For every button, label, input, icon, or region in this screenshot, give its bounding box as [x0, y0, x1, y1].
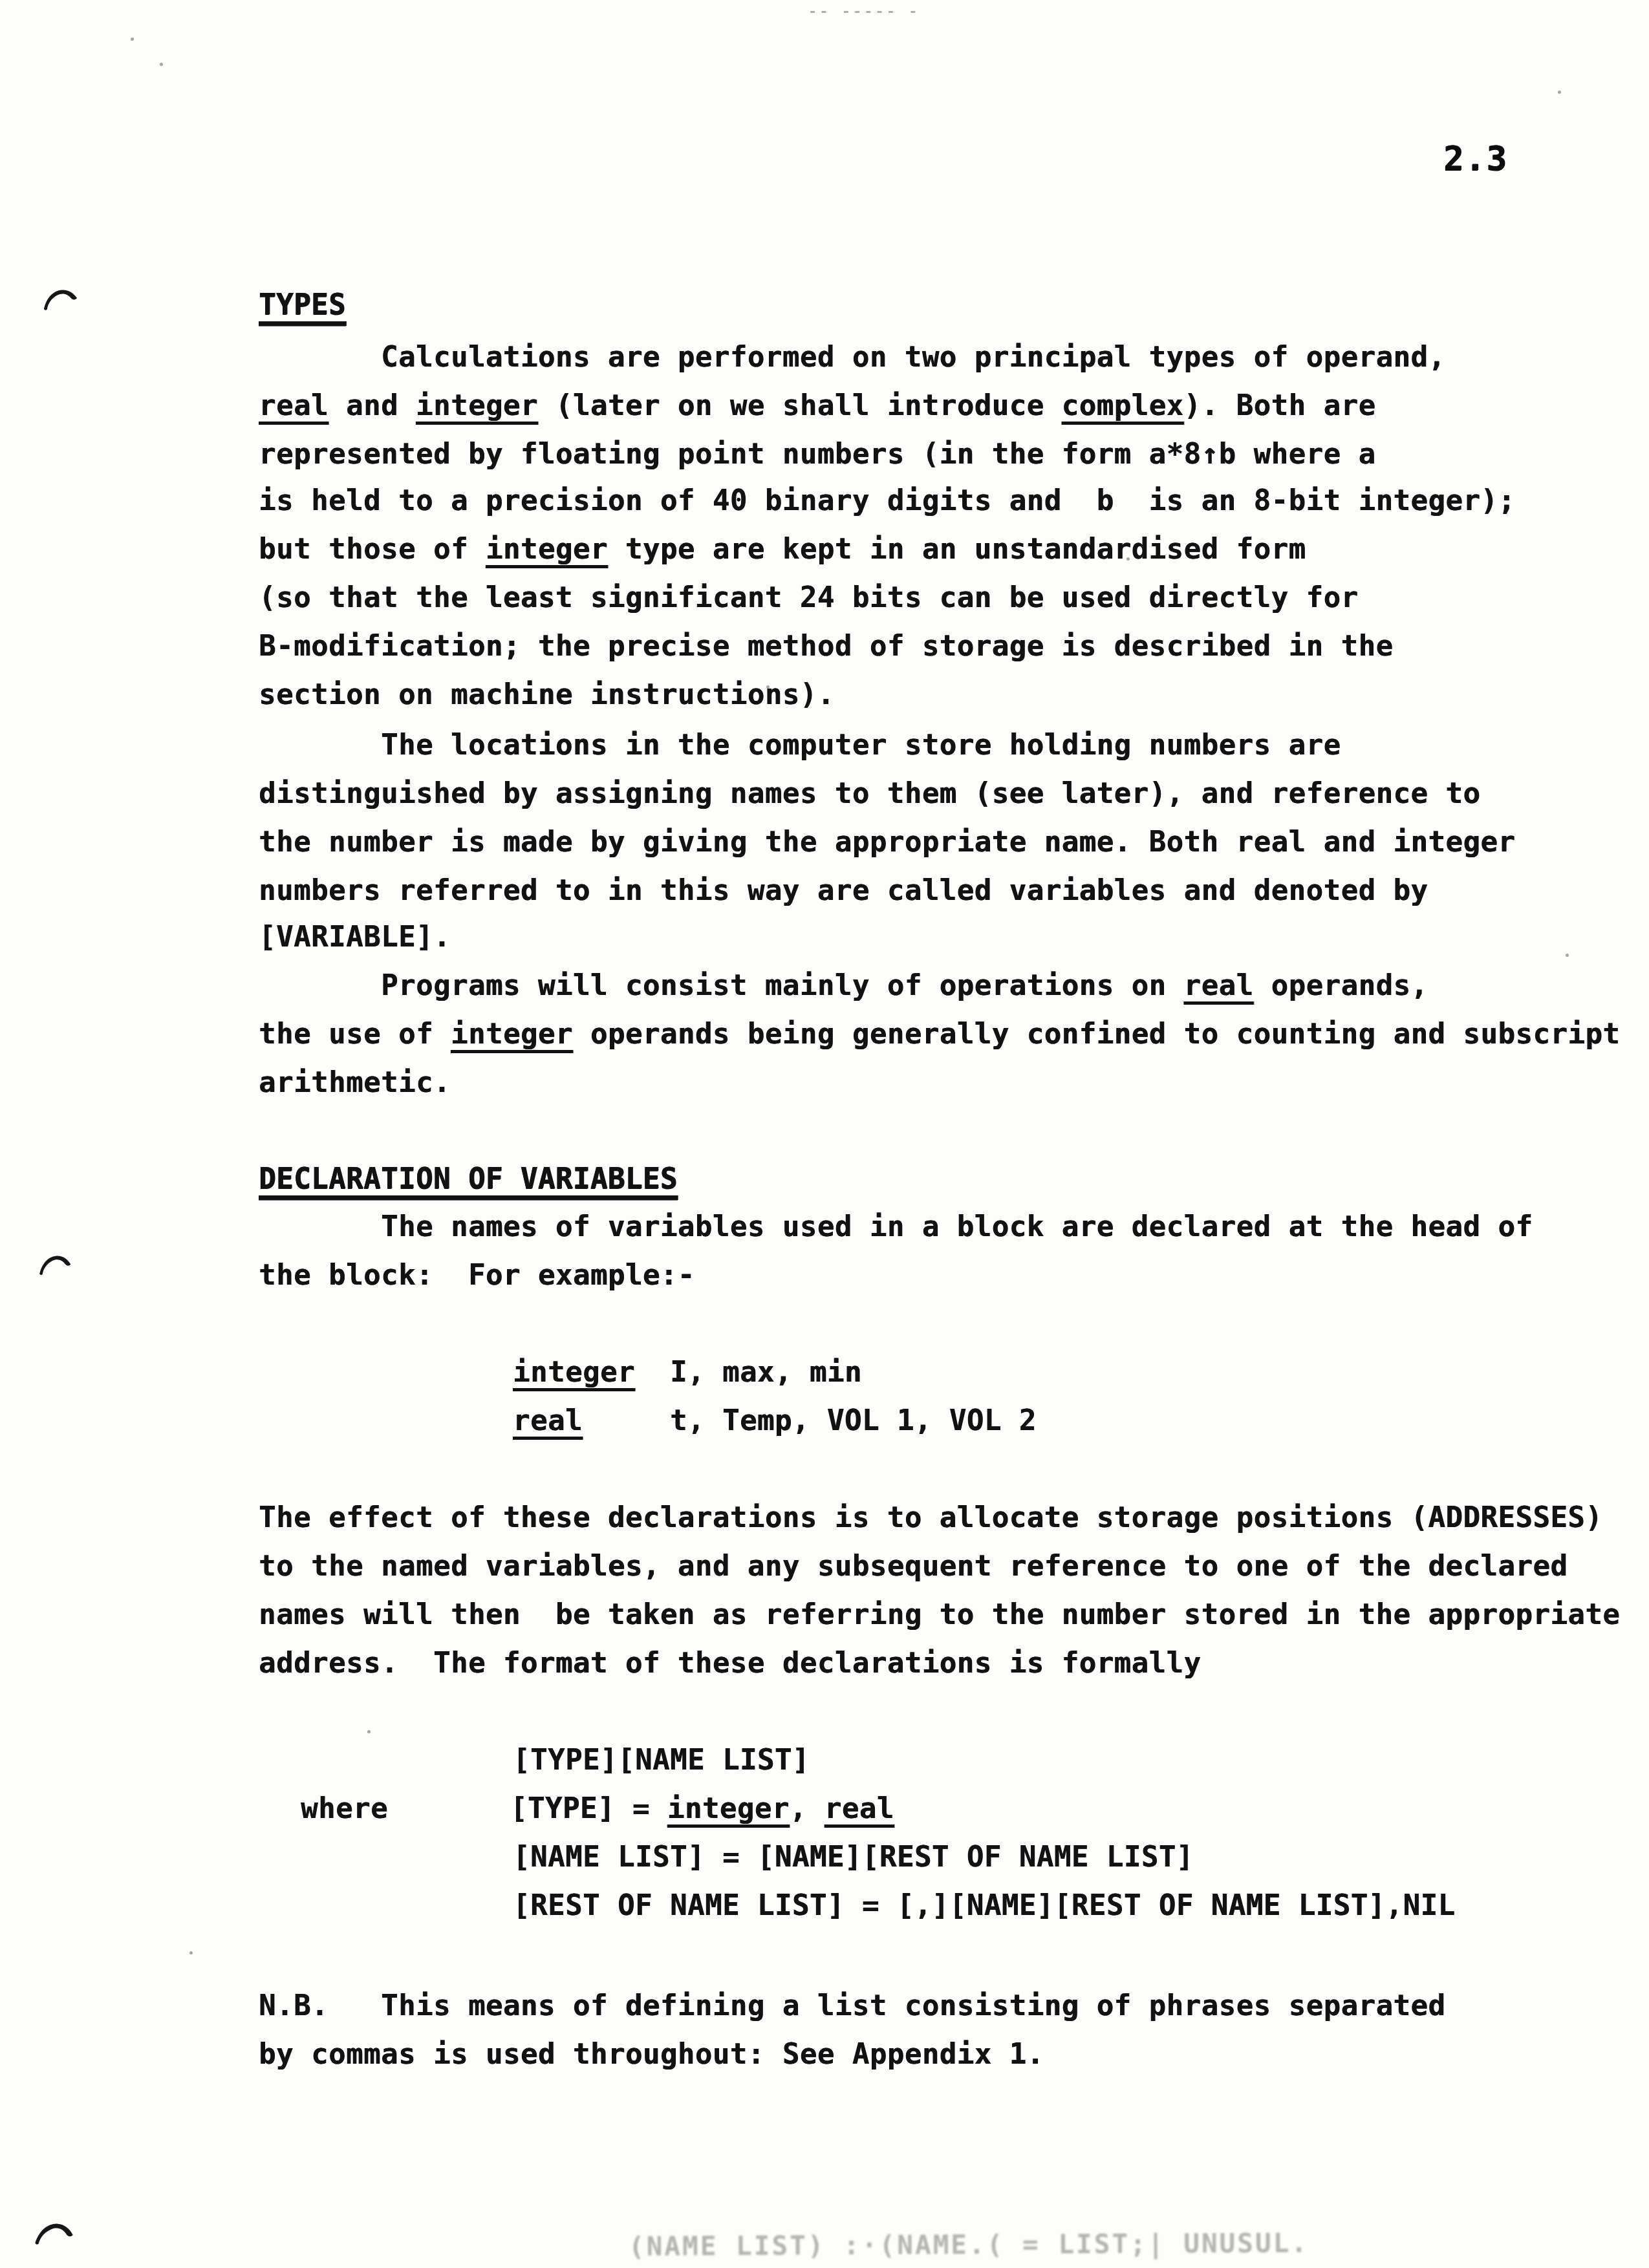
para2-line1: The locations in the computer store hold… — [259, 731, 1341, 760]
scan-speck — [766, 685, 770, 689]
format-line1: [TYPE][NAME LIST] — [513, 1746, 810, 1775]
para2-line4: numbers referred to in this way are call… — [259, 877, 1428, 905]
para5-line3: names will then be taken as referring to… — [259, 1601, 1620, 1629]
pen-mark-3 — [33, 2219, 76, 2247]
page-number: 2.3 — [1443, 140, 1508, 178]
para3-line2: the use of integer operands being genera… — [259, 1020, 1620, 1049]
declaration-example-line2: real t, Temp, VOL 1, VOL 2 — [513, 1407, 1037, 1435]
para4-line1: The names of variables used in a block a… — [259, 1213, 1533, 1241]
heading-declaration-of-variables: DECLARATION OF VARIABLES — [259, 1165, 678, 1193]
para1-line5: but those of integer type are kept in an… — [259, 535, 1306, 564]
para1-line8: section on machine instructions). — [259, 681, 835, 709]
para5-line1: The effect of these declarations is to a… — [259, 1504, 1602, 1532]
para1-line2: real and integer (later on we shall intr… — [259, 392, 1375, 420]
scanned-document-page: 2.3 TYPES Calculations are performed on … — [0, 0, 1649, 2268]
nb-line2: by commas is used throughout: See Append… — [259, 2040, 1044, 2069]
scan-speck — [1566, 954, 1569, 957]
scan-speck — [367, 1730, 371, 1733]
scan-speck — [1126, 557, 1130, 561]
scan-speck — [160, 63, 163, 66]
para5-line4: address. The format of these declaration… — [259, 1649, 1201, 1678]
format-line2: where [TYPE] = integer, real — [301, 1795, 894, 1823]
para1-line1: Calculations are performed on two princi… — [259, 343, 1445, 372]
heading-types: TYPES — [259, 291, 346, 319]
format-line3: [NAME LIST] = [NAME][REST OF NAME LIST] — [513, 1843, 1194, 1872]
para1-line4: is held to a precision of 40 binary digi… — [259, 487, 1515, 515]
format-line4: [REST OF NAME LIST] = [,][NAME][REST OF … — [513, 1892, 1455, 1920]
para5-line2: to the named variables, and any subseque… — [259, 1552, 1568, 1581]
para3-line1: Programs will consist mainly of operatio… — [259, 972, 1428, 1000]
para1-line3: represented by floating point numbers (i… — [259, 440, 1375, 469]
para3-line3: arithmetic. — [259, 1069, 451, 1097]
para2-line2: distinguished by assigning names to them… — [259, 780, 1480, 808]
nb-line1: N.B. This means of defining a list consi… — [259, 1992, 1445, 2020]
bleed-through-text: (NAME LIST) :·(NAME.( = LIST;| UNUSUL. — [629, 2227, 1309, 2262]
para4-line2: the block: For example:- — [259, 1261, 695, 1290]
scan-speck — [189, 1951, 193, 1954]
pen-mark-2 — [37, 1252, 72, 1276]
pen-mark-1 — [41, 286, 80, 312]
para1-line6: (so that the least significant 24 bits c… — [259, 584, 1358, 612]
scan-artifact-dashes: -- ----- - — [808, 4, 920, 20]
scan-speck — [131, 37, 134, 41]
para2-line5: [VARIABLE]. — [259, 923, 451, 952]
scan-speck — [1558, 91, 1561, 94]
para1-line7: B-modification; the precise method of st… — [259, 632, 1393, 661]
para2-line3: the number is made by giving the appropr… — [259, 828, 1515, 857]
declaration-example-line1: integer I, max, min — [513, 1358, 862, 1387]
